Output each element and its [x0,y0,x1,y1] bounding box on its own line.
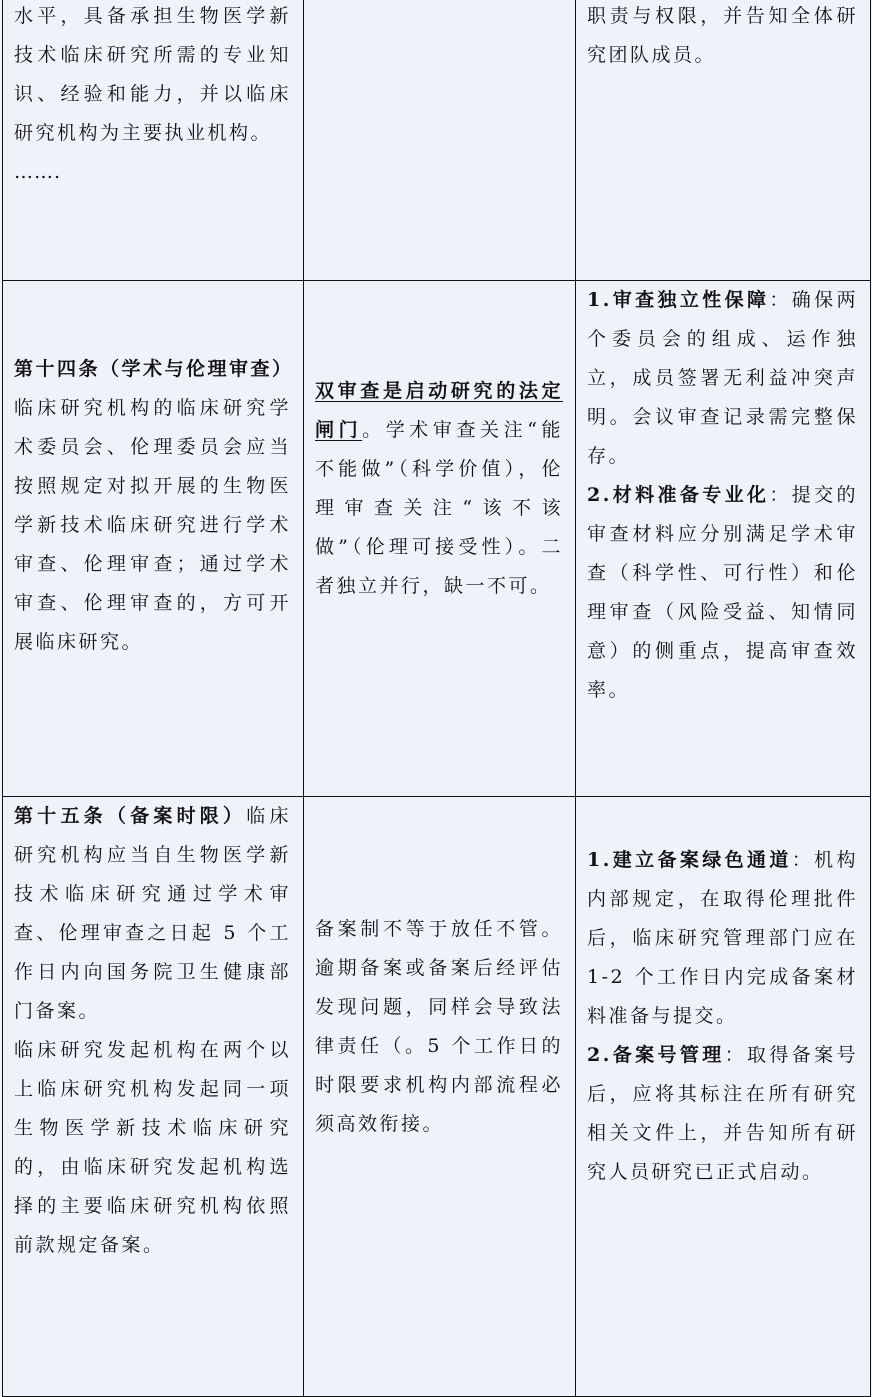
article-body: 临床研究机构的临床研究学术委员会、伦理委员会应当按照规定对拟开展的生物医学新技术… [14,397,291,653]
article-paragraph: 水平，具备承担生物医学新技术临床研究所需的专业知识、经验和能力，并以临床研究机构… [14,0,291,153]
practice-item: 2.备案号管理：取得备案号后，应将其标注在所有研究相关文件上，并告知所有研究人员… [587,1036,858,1192]
practice-item: 1.审查独立性保障：确保两个委员会的组成、运作独立，成员签署无利益冲突声明。会议… [587,281,858,476]
interpretation-paragraph: 双审查是启动研究的法定闸门。学术审查关注“能不能做”（科学价值），伦理审查关注“… [315,372,563,606]
interpretation-cell [304,0,576,280]
interpretation-cell: 备案制不等于放任不管。逾期备案或备案后经评估发现问题，同样会导致法律责任（。5 … [304,796,576,1356]
practice-text: ：机构内部规定，在取得伦理批件后，临床研究管理部门应在 1-2 个工作日内完成备… [587,849,858,1027]
interpretation-text: 备案制不等于放任不管。逾期备案或备案后经评估发现问题，同样会导致法律责任（。5 … [315,910,563,1144]
practice-cell: 1.审查独立性保障：确保两个委员会的组成、运作独立，成员签署无利益冲突声明。会议… [576,280,871,796]
article-cell: 第十四条（学术与伦理审查）临床研究机构的临床研究学术委员会、伦理委员会应当按照规… [3,280,304,796]
practice-item: 1.建立备案绿色通道：机构内部规定，在取得伦理批件后，临床研究管理部门应在 1-… [587,841,858,1036]
article-title: 第十四条（学术与伦理审查） [14,358,294,380]
practice-item: 2.材料准备专业化：提交的审查材料应分别满足学术审查（科学性、可行性）和伦理审查… [587,476,858,710]
ellipsis-text: ……. [14,153,291,192]
article-body: 临床研究机构应当自生物医学新技术临床研究通过学术审查、伦理审查之日起 5 个工作… [14,805,291,1022]
practice-text: ：提交的审查材料应分别满足学术审查（科学性、可行性）和伦理审查（风险受益、知情同… [587,484,858,701]
article-cell: 水平，具备承担生物医学新技术临床研究所需的专业知识、经验和能力，并以临床研究机构… [3,0,304,280]
table-row: 水平，具备承担生物医学新技术临床研究所需的专业知识、经验和能力，并以临床研究机构… [3,0,871,280]
practice-item: 职责与权限，并告知全体研究团队成员。 [587,0,858,75]
practice-label: 1.建立备案绿色通道 [587,849,792,871]
interpretation-text: 。学术审查关注“能不能做”（科学价值），伦理审查关注“该不该做”（伦理可接受性）… [315,419,563,597]
practice-cell: 1.建立备案绿色通道：机构内部规定，在取得伦理批件后，临床研究管理部门应在 1-… [576,796,871,1356]
regulation-table: 水平，具备承担生物医学新技术临床研究所需的专业知识、经验和能力，并以临床研究机构… [2,0,871,1356]
article-title: 第十五条（备案时限） [14,805,246,827]
practice-label: 1.审查独立性保障 [587,289,769,311]
interpretation-cell: 双审查是启动研究的法定闸门。学术审查关注“能不能做”（科学价值），伦理审查关注“… [304,280,576,796]
practice-text: ：确保两个委员会的组成、运作独立，成员签署无利益冲突声明。会议审查记录需完整保存… [587,289,858,467]
practice-text: 职责与权限，并告知全体研究团队成员。 [587,5,858,66]
article-paragraph: 第十四条（学术与伦理审查）临床研究机构的临床研究学术委员会、伦理委员会应当按照规… [14,350,291,662]
practice-cell: 职责与权限，并告知全体研究团队成员。 [576,0,871,280]
article-paragraph: 临床研究发起机构在两个以上临床研究机构发起同一项生物医学新技术临床研究的，由临床… [14,1031,291,1265]
practice-label: 2.材料准备专业化 [587,484,769,506]
practice-label: 2.备案号管理 [587,1044,725,1066]
article-cell: 第十五条（备案时限）临床研究机构应当自生物医学新技术临床研究通过学术审查、伦理审… [3,796,304,1356]
article-paragraph: 第十五条（备案时限）临床研究机构应当自生物医学新技术临床研究通过学术审查、伦理审… [14,797,291,1031]
table-row: 第十四条（学术与伦理审查）临床研究机构的临床研究学术委员会、伦理委员会应当按照规… [3,280,871,796]
table-row: 第十五条（备案时限）临床研究机构应当自生物医学新技术临床研究通过学术审查、伦理审… [3,796,871,1356]
